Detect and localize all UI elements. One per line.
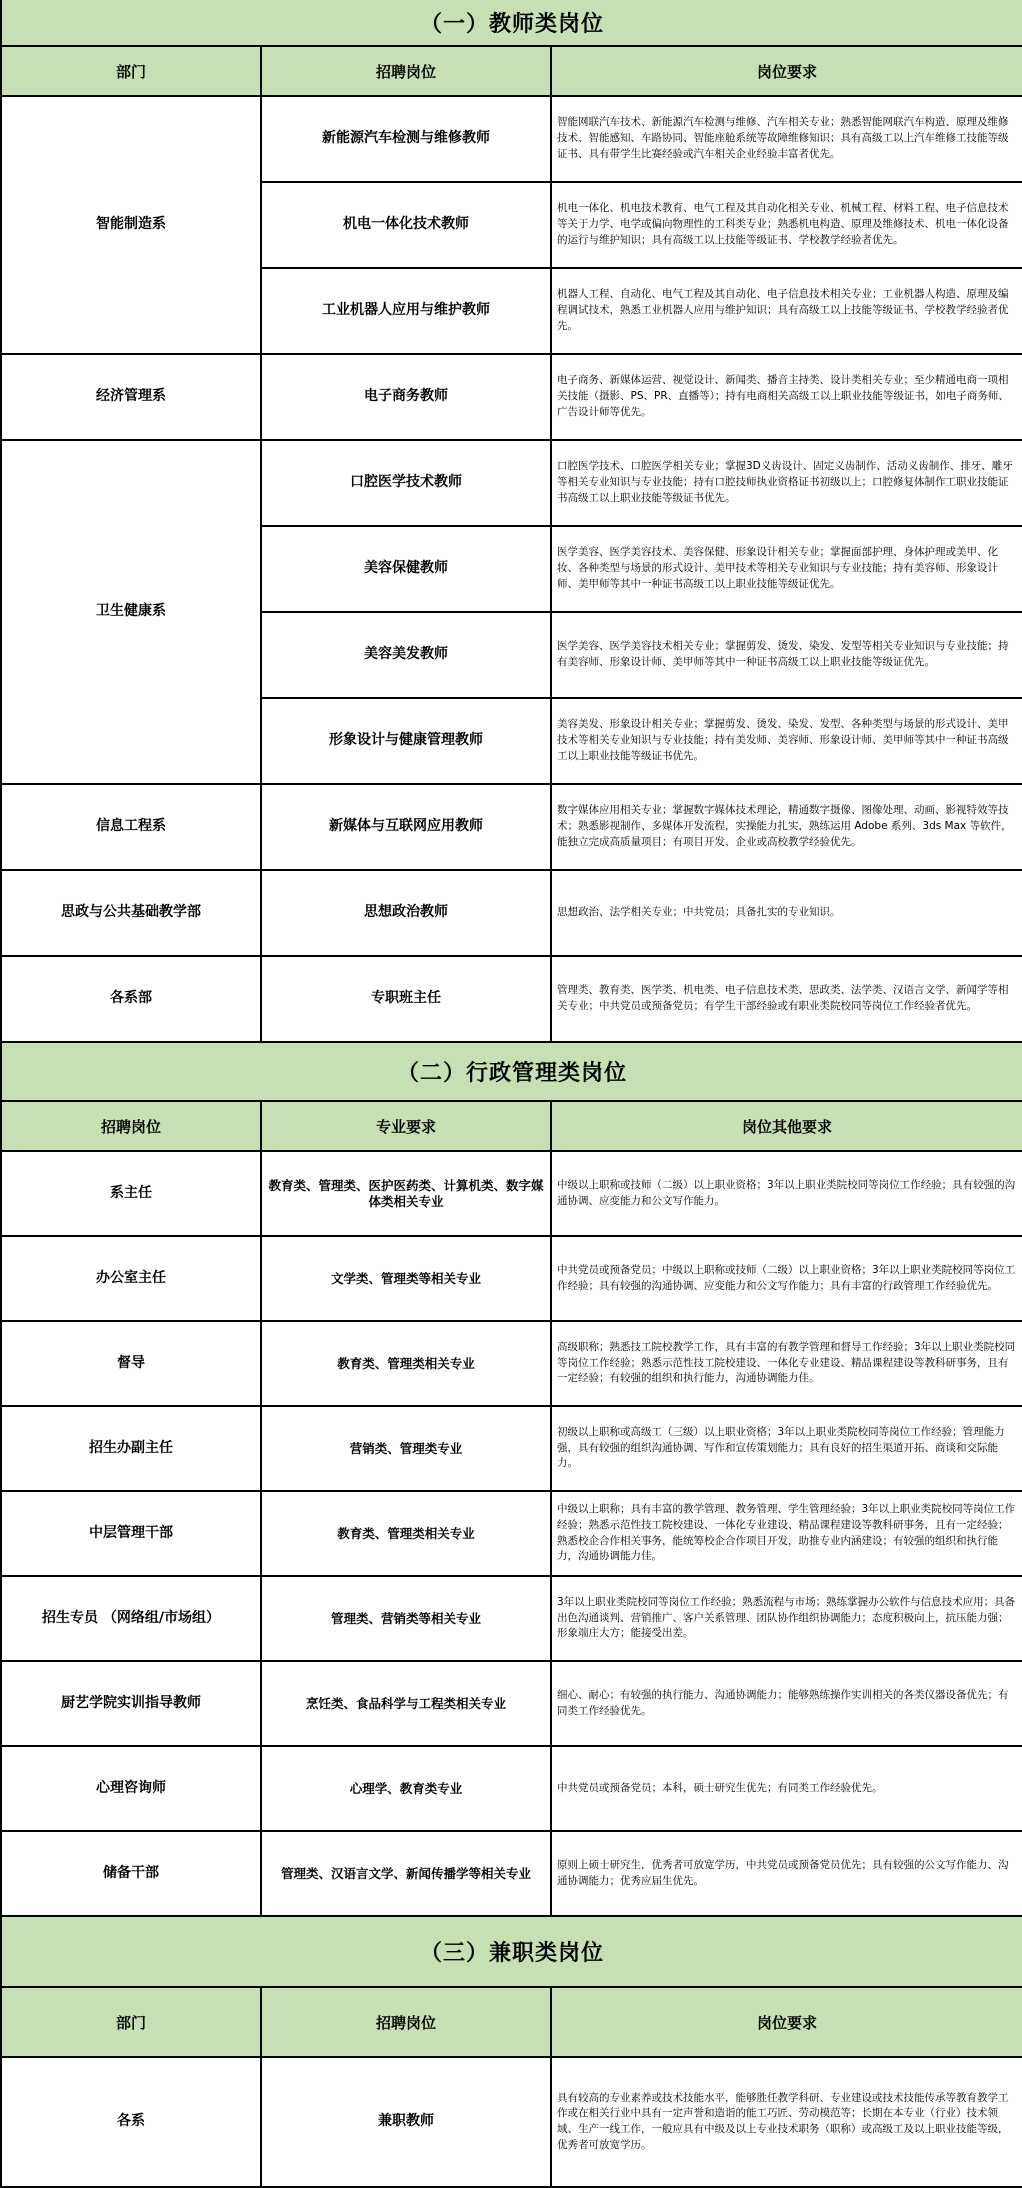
major-cell: 心理学、教育类专业 xyxy=(261,1746,551,1831)
department-cell: 卫生健康系 xyxy=(1,440,261,784)
position-cell: 督导 xyxy=(1,1321,261,1406)
other-requirement-cell: 中级以上职称；具有丰富的教学管理、教务管理、学生管理经验；3年以上职业类院校同等… xyxy=(551,1491,1022,1576)
major-cell: 管理类、营销类等相关专业 xyxy=(261,1576,551,1661)
requirement-cell: 口腔医学技术、口腔医学相关专业；掌握3D义齿设计、固定义齿制作、活动义齿制作、排… xyxy=(551,440,1022,526)
requirement-cell: 智能网联汽车技术、新能源汽车检测与维修、汽车相关专业；熟悉智能网联汽车构造、原理… xyxy=(551,96,1022,182)
requirement-cell: 数字媒体应用相关专业；掌握数字媒体技术理论，精通数字摄像、图像处理、动画、影视特… xyxy=(551,784,1022,870)
position-cell: 新媒体与互联网应用教师 xyxy=(261,784,551,870)
position-cell: 机电一体化技术教师 xyxy=(261,182,551,268)
other-requirement-cell: 高级职称；熟悉技工院校教学工作，具有丰富的有教学管理和督导工作经验；3年以上职业… xyxy=(551,1321,1022,1406)
other-requirement-cell: 初级以上职称或高级工（三级）以上职业资格；3年以上职业类院校同等岗位工作经验；管… xyxy=(551,1406,1022,1491)
position-cell: 兼职教师 xyxy=(261,2057,551,2187)
other-requirement-cell: 3年以上职业类院校同等岗位工作经验；熟悉流程与市场；熟练掌握办公软件与信息技术应… xyxy=(551,1576,1022,1661)
recruitment-sheet: （一）教师类岗位 部门 招聘岗位 岗位要求 智能制造系 新能源汽车检测与维修教师… xyxy=(0,0,1022,2188)
major-cell: 教育类、管理类相关专业 xyxy=(261,1321,551,1406)
position-cell: 储备干部 xyxy=(1,1831,261,1916)
table-row: 厨艺学院实训指导教师 烹饪类、食品科学与工程类相关专业 细心、耐心；有较强的执行… xyxy=(1,1661,1022,1746)
position-cell: 厨艺学院实训指导教师 xyxy=(1,1661,261,1746)
position-cell: 办公室主任 xyxy=(1,1236,261,1321)
parttime-positions-table: （三）兼职类岗位 部门 招聘岗位 岗位要求 各系 兼职教师 具有较高的专业素养或… xyxy=(0,1917,1022,2188)
position-cell: 形象设计与健康管理教师 xyxy=(261,698,551,784)
table-row: 储备干部 管理类、汉语言文学、新闻传播学等相关专业 原则上硕士研究生，优秀者可放… xyxy=(1,1831,1022,1916)
other-requirement-cell: 中级以上职称或技师（二级）以上职业资格；3年以上职业类院校同等岗位工作经验；具有… xyxy=(551,1151,1022,1236)
department-cell: 各系 xyxy=(1,2057,261,2187)
position-cell: 美容美发教师 xyxy=(261,612,551,698)
department-cell: 经济管理系 xyxy=(1,354,261,440)
table-row: 卫生健康系 口腔医学技术教师 口腔医学技术、口腔医学相关专业；掌握3D义齿设计、… xyxy=(1,440,1022,526)
column-header-other-requirement: 岗位其他要求 xyxy=(551,1101,1022,1151)
requirement-cell: 管理类、教育类、医学类、机电类、电子信息技术类、思政类、法学类、汉语言文学、新闻… xyxy=(551,956,1022,1042)
admin-positions-table: （二）行政管理类岗位 招聘岗位 专业要求 岗位其他要求 系主任 教育类、管理类、… xyxy=(0,1043,1022,1917)
position-cell: 系主任 xyxy=(1,1151,261,1236)
table-row: 经济管理系 电子商务教师 电子商务、新媒体运营、视觉设计、新闻类、播音主持类、设… xyxy=(1,354,1022,440)
position-cell: 中层管理干部 xyxy=(1,1491,261,1576)
table-row: 智能制造系 新能源汽车检测与维修教师 智能网联汽车技术、新能源汽车检测与维修、汽… xyxy=(1,96,1022,182)
position-cell: 工业机器人应用与维护教师 xyxy=(261,268,551,354)
table-row: 思政与公共基础教学部 思想政治教师 思想政治、法学相关专业；中共党员；具备扎实的… xyxy=(1,870,1022,956)
table-row: 信息工程系 新媒体与互联网应用教师 数字媒体应用相关专业；掌握数字媒体技术理论，… xyxy=(1,784,1022,870)
requirement-cell: 美容美发、形象设计相关专业；掌握剪发、烫发、染发、发型、各种类型与场景的形式设计… xyxy=(551,698,1022,784)
position-cell: 专职班主任 xyxy=(261,956,551,1042)
column-header-department: 部门 xyxy=(1,46,261,96)
column-header-position: 招聘岗位 xyxy=(261,1987,551,2057)
department-cell: 信息工程系 xyxy=(1,784,261,870)
requirement-cell: 具有较高的专业素养或技术技能水平，能够胜任教学科研、专业建设或技术技能传承等教育… xyxy=(551,2057,1022,2187)
position-cell: 口腔医学技术教师 xyxy=(261,440,551,526)
position-cell: 思想政治教师 xyxy=(261,870,551,956)
department-cell: 思政与公共基础教学部 xyxy=(1,870,261,956)
table-row: 办公室主任 文学类、管理类等相关专业 中共党员或预备党员；中级以上职称或技师（二… xyxy=(1,1236,1022,1321)
requirement-cell: 机电一体化、机电技术教育、电气工程及其自动化相关专业、机械工程、材料工程、电子信… xyxy=(551,182,1022,268)
column-header-requirement: 岗位要求 xyxy=(551,1987,1022,2057)
section-title-teacher: （一）教师类岗位 xyxy=(1,0,1022,46)
requirement-cell: 医学美容、医学美容技术、美容保健、形象设计相关专业；掌握面部护理、身体护理或美甲… xyxy=(551,526,1022,612)
section-title-admin: （二）行政管理类岗位 xyxy=(1,1043,1022,1101)
table-row: 各系 兼职教师 具有较高的专业素养或技术技能水平，能够胜任教学科研、专业建设或技… xyxy=(1,2057,1022,2187)
department-cell: 各系部 xyxy=(1,956,261,1042)
column-header-position: 招聘岗位 xyxy=(261,46,551,96)
major-cell: 文学类、管理类等相关专业 xyxy=(261,1236,551,1321)
department-cell: 智能制造系 xyxy=(1,96,261,354)
table-row: 中层管理干部 教育类、管理类相关专业 中级以上职称；具有丰富的教学管理、教务管理… xyxy=(1,1491,1022,1576)
column-header-department: 部门 xyxy=(1,1987,261,2057)
position-cell: 美容保健教师 xyxy=(261,526,551,612)
column-header-major: 专业要求 xyxy=(261,1101,551,1151)
requirement-cell: 机器人工程、自动化、电气工程及其自动化、电子信息技术相关专业；工业机器人构造、原… xyxy=(551,268,1022,354)
requirement-cell: 电子商务、新媒体运营、视觉设计、新闻类、播音主持类、设计类相关专业；至少精通电商… xyxy=(551,354,1022,440)
teacher-positions-table: （一）教师类岗位 部门 招聘岗位 岗位要求 智能制造系 新能源汽车检测与维修教师… xyxy=(0,0,1022,1043)
major-cell: 营销类、管理类专业 xyxy=(261,1406,551,1491)
other-requirement-cell: 细心、耐心；有较强的执行能力、沟通协调能力；能够熟练操作实训相关的各类仪器设备优… xyxy=(551,1661,1022,1746)
position-cell: 招生专员 （网络组/市场组） xyxy=(1,1576,261,1661)
column-header-position: 招聘岗位 xyxy=(1,1101,261,1151)
major-cell: 烹饪类、食品科学与工程类相关专业 xyxy=(261,1661,551,1746)
table-row: 各系部 专职班主任 管理类、教育类、医学类、机电类、电子信息技术类、思政类、法学… xyxy=(1,956,1022,1042)
table-row: 招生专员 （网络组/市场组） 管理类、营销类等相关专业 3年以上职业类院校同等岗… xyxy=(1,1576,1022,1661)
requirement-cell: 思想政治、法学相关专业；中共党员；具备扎实的专业知识。 xyxy=(551,870,1022,956)
requirement-cell: 医学美容、医学美容技术相关专业；掌握剪发、烫发、染发、发型等相关专业知识与专业技… xyxy=(551,612,1022,698)
position-cell: 心理咨询师 xyxy=(1,1746,261,1831)
position-cell: 招生办副主任 xyxy=(1,1406,261,1491)
table-row: 心理咨询师 心理学、教育类专业 中共党员或预备党员；本科，硕士研究生优先；有同类… xyxy=(1,1746,1022,1831)
major-cell: 教育类、管理类相关专业 xyxy=(261,1491,551,1576)
section-title-parttime: （三）兼职类岗位 xyxy=(1,1917,1022,1987)
other-requirement-cell: 中共党员或预备党员；本科，硕士研究生优先；有同类工作经验优先。 xyxy=(551,1746,1022,1831)
major-cell: 管理类、汉语言文学、新闻传播学等相关专业 xyxy=(261,1831,551,1916)
column-header-requirement: 岗位要求 xyxy=(551,46,1022,96)
table-row: 系主任 教育类、管理类、医护医药类、计算机类、数字媒体类相关专业 中级以上职称或… xyxy=(1,1151,1022,1236)
table-row: 督导 教育类、管理类相关专业 高级职称；熟悉技工院校教学工作，具有丰富的有教学管… xyxy=(1,1321,1022,1406)
other-requirement-cell: 原则上硕士研究生，优秀者可放宽学历，中共党员或预备党员优先；具有较强的公文写作能… xyxy=(551,1831,1022,1916)
position-cell: 新能源汽车检测与维修教师 xyxy=(261,96,551,182)
table-row: 招生办副主任 营销类、管理类专业 初级以上职称或高级工（三级）以上职业资格；3年… xyxy=(1,1406,1022,1491)
position-cell: 电子商务教师 xyxy=(261,354,551,440)
major-cell: 教育类、管理类、医护医药类、计算机类、数字媒体类相关专业 xyxy=(261,1151,551,1236)
other-requirement-cell: 中共党员或预备党员；中级以上职称或技师（二级）以上职业资格；3年以上职业类院校同… xyxy=(551,1236,1022,1321)
